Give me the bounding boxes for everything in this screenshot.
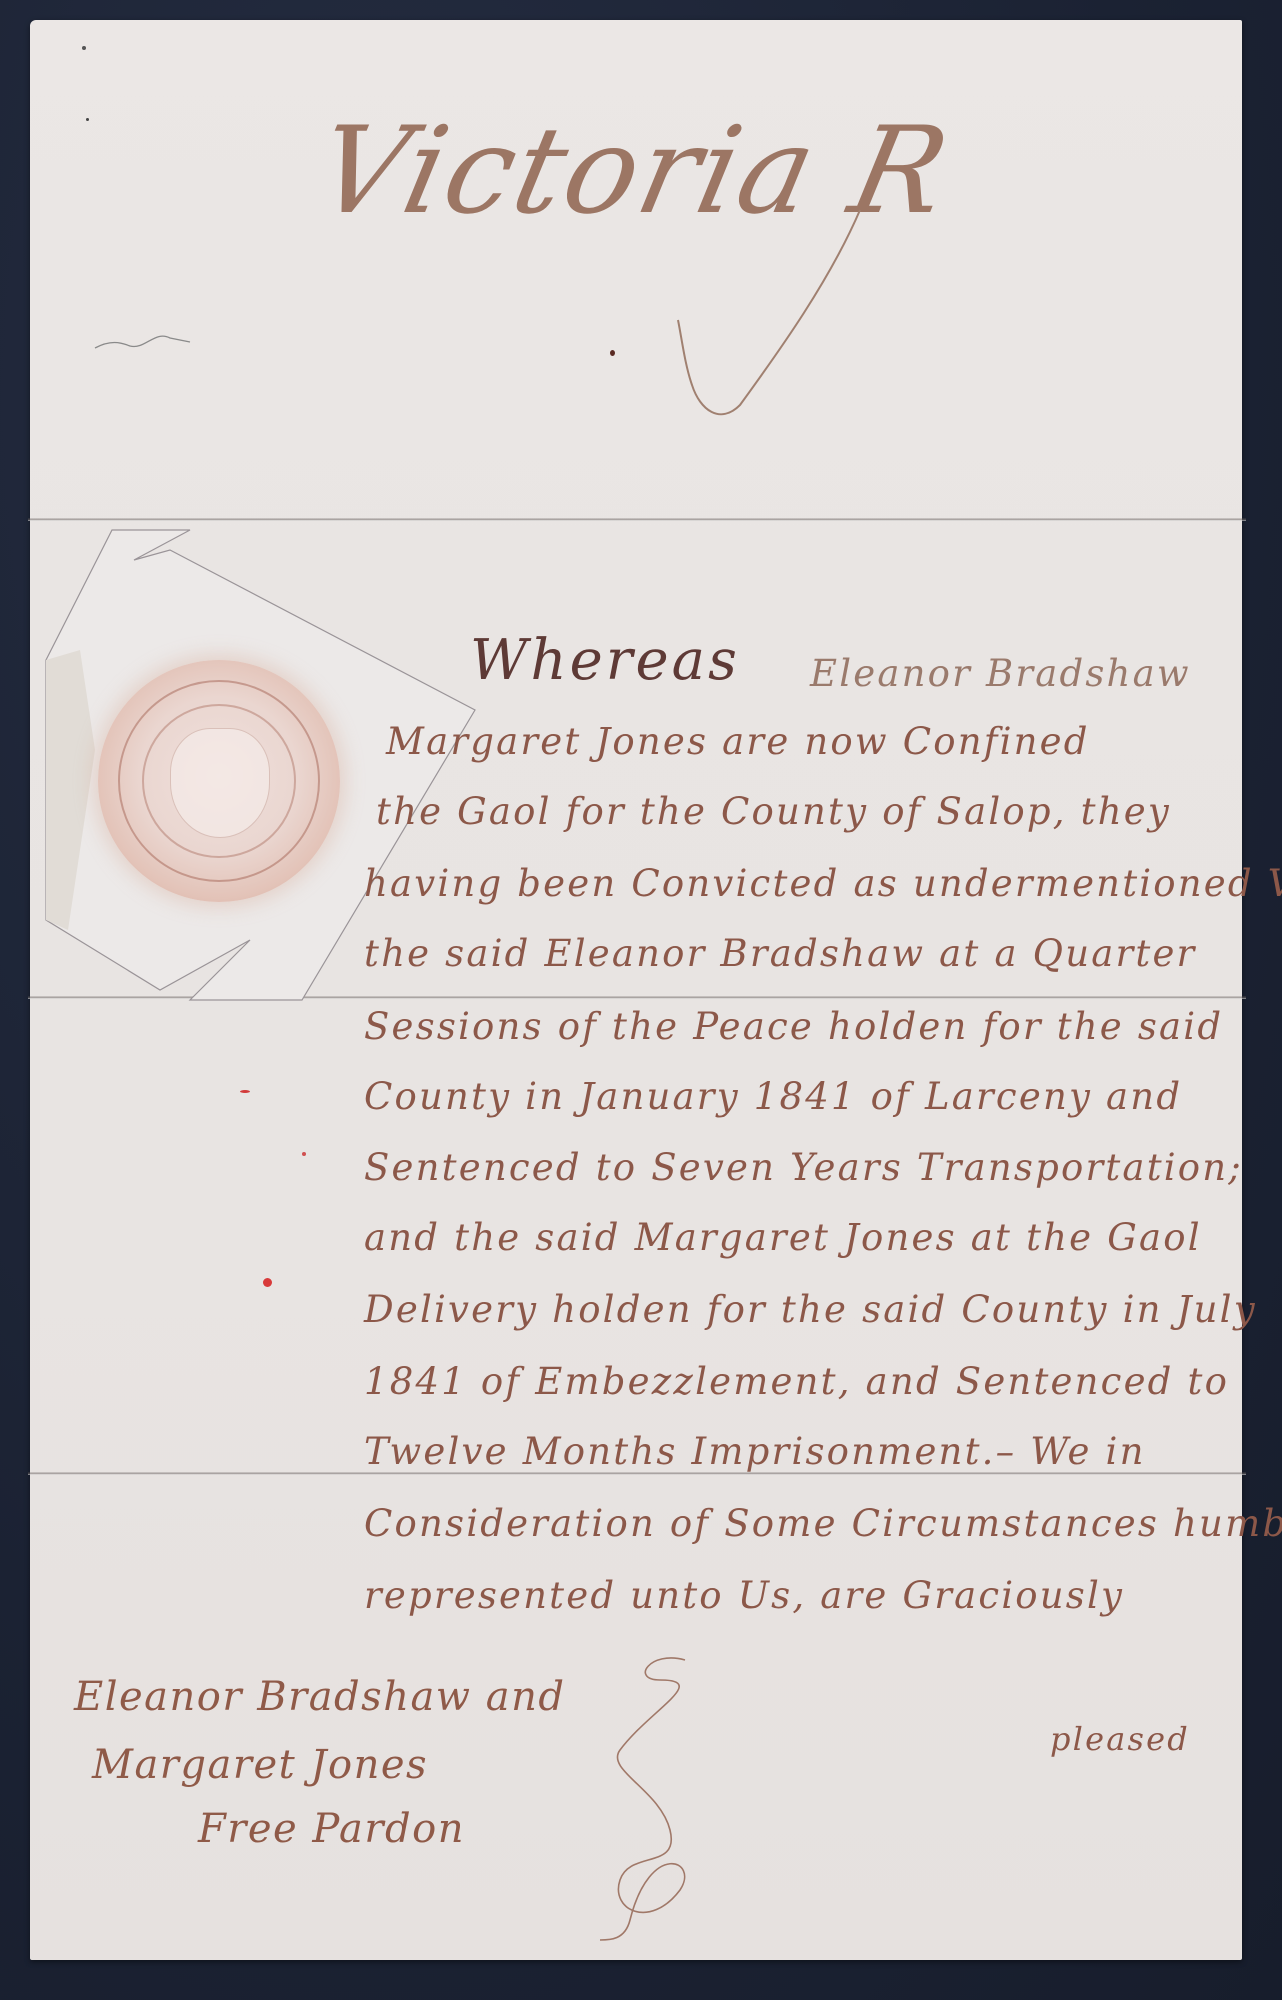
red-wax-speck [263,1278,272,1287]
body-line: Sentenced to Seven Years Transportation; [364,1146,1243,1189]
body-line-pleased: pleased [1050,1720,1190,1758]
body-line: the said Eleanor Bradshaw at a Quarter [364,932,1196,975]
brace-flourish-icon [590,1640,730,1950]
docket-line: Margaret Jones [92,1742,428,1788]
red-wax-speck [302,1152,306,1156]
whereas-heading: Whereas [470,628,740,693]
signature-flourish-icon [630,200,880,430]
docket-title: Free Pardon [198,1806,465,1852]
ink-dot [610,350,615,356]
body-line: Sessions of the Peace holden for the sai… [364,1005,1223,1048]
ink-speck [82,46,86,50]
body-line: 1841 of Embezzlement, and Sentenced to [364,1360,1229,1403]
wafer-seal-icon [98,660,340,902]
body-line: and the said Margaret Jones at the Gaol [364,1216,1202,1259]
docket-line: Eleanor Bradshaw and [74,1674,565,1720]
body-line: Twelve Months Imprisonment.– We in [364,1430,1146,1473]
body-line: Margaret Jones are now Confined [386,720,1090,763]
ink-speck [86,118,89,121]
document-paper: Victoria R Whereas Eleanor Bradshaw Marg… [30,20,1242,1960]
body-line: County in January 1841 of Larceny and [364,1075,1182,1118]
body-line: Eleanor Bradshaw [810,652,1191,695]
red-wax-speck [240,1090,250,1093]
body-line: having been Convicted as undermentioned … [364,862,1282,905]
body-line: Consideration of Some Circumstances humb… [364,1502,1282,1545]
pencil-mark-icon [90,320,200,360]
body-line: the Gaol for the County of Salop, they [376,790,1171,833]
seal-shield-icon [170,728,270,838]
body-line: represented unto Us, are Graciously [364,1574,1124,1617]
body-line: Delivery holden for the said County in J… [364,1288,1257,1331]
